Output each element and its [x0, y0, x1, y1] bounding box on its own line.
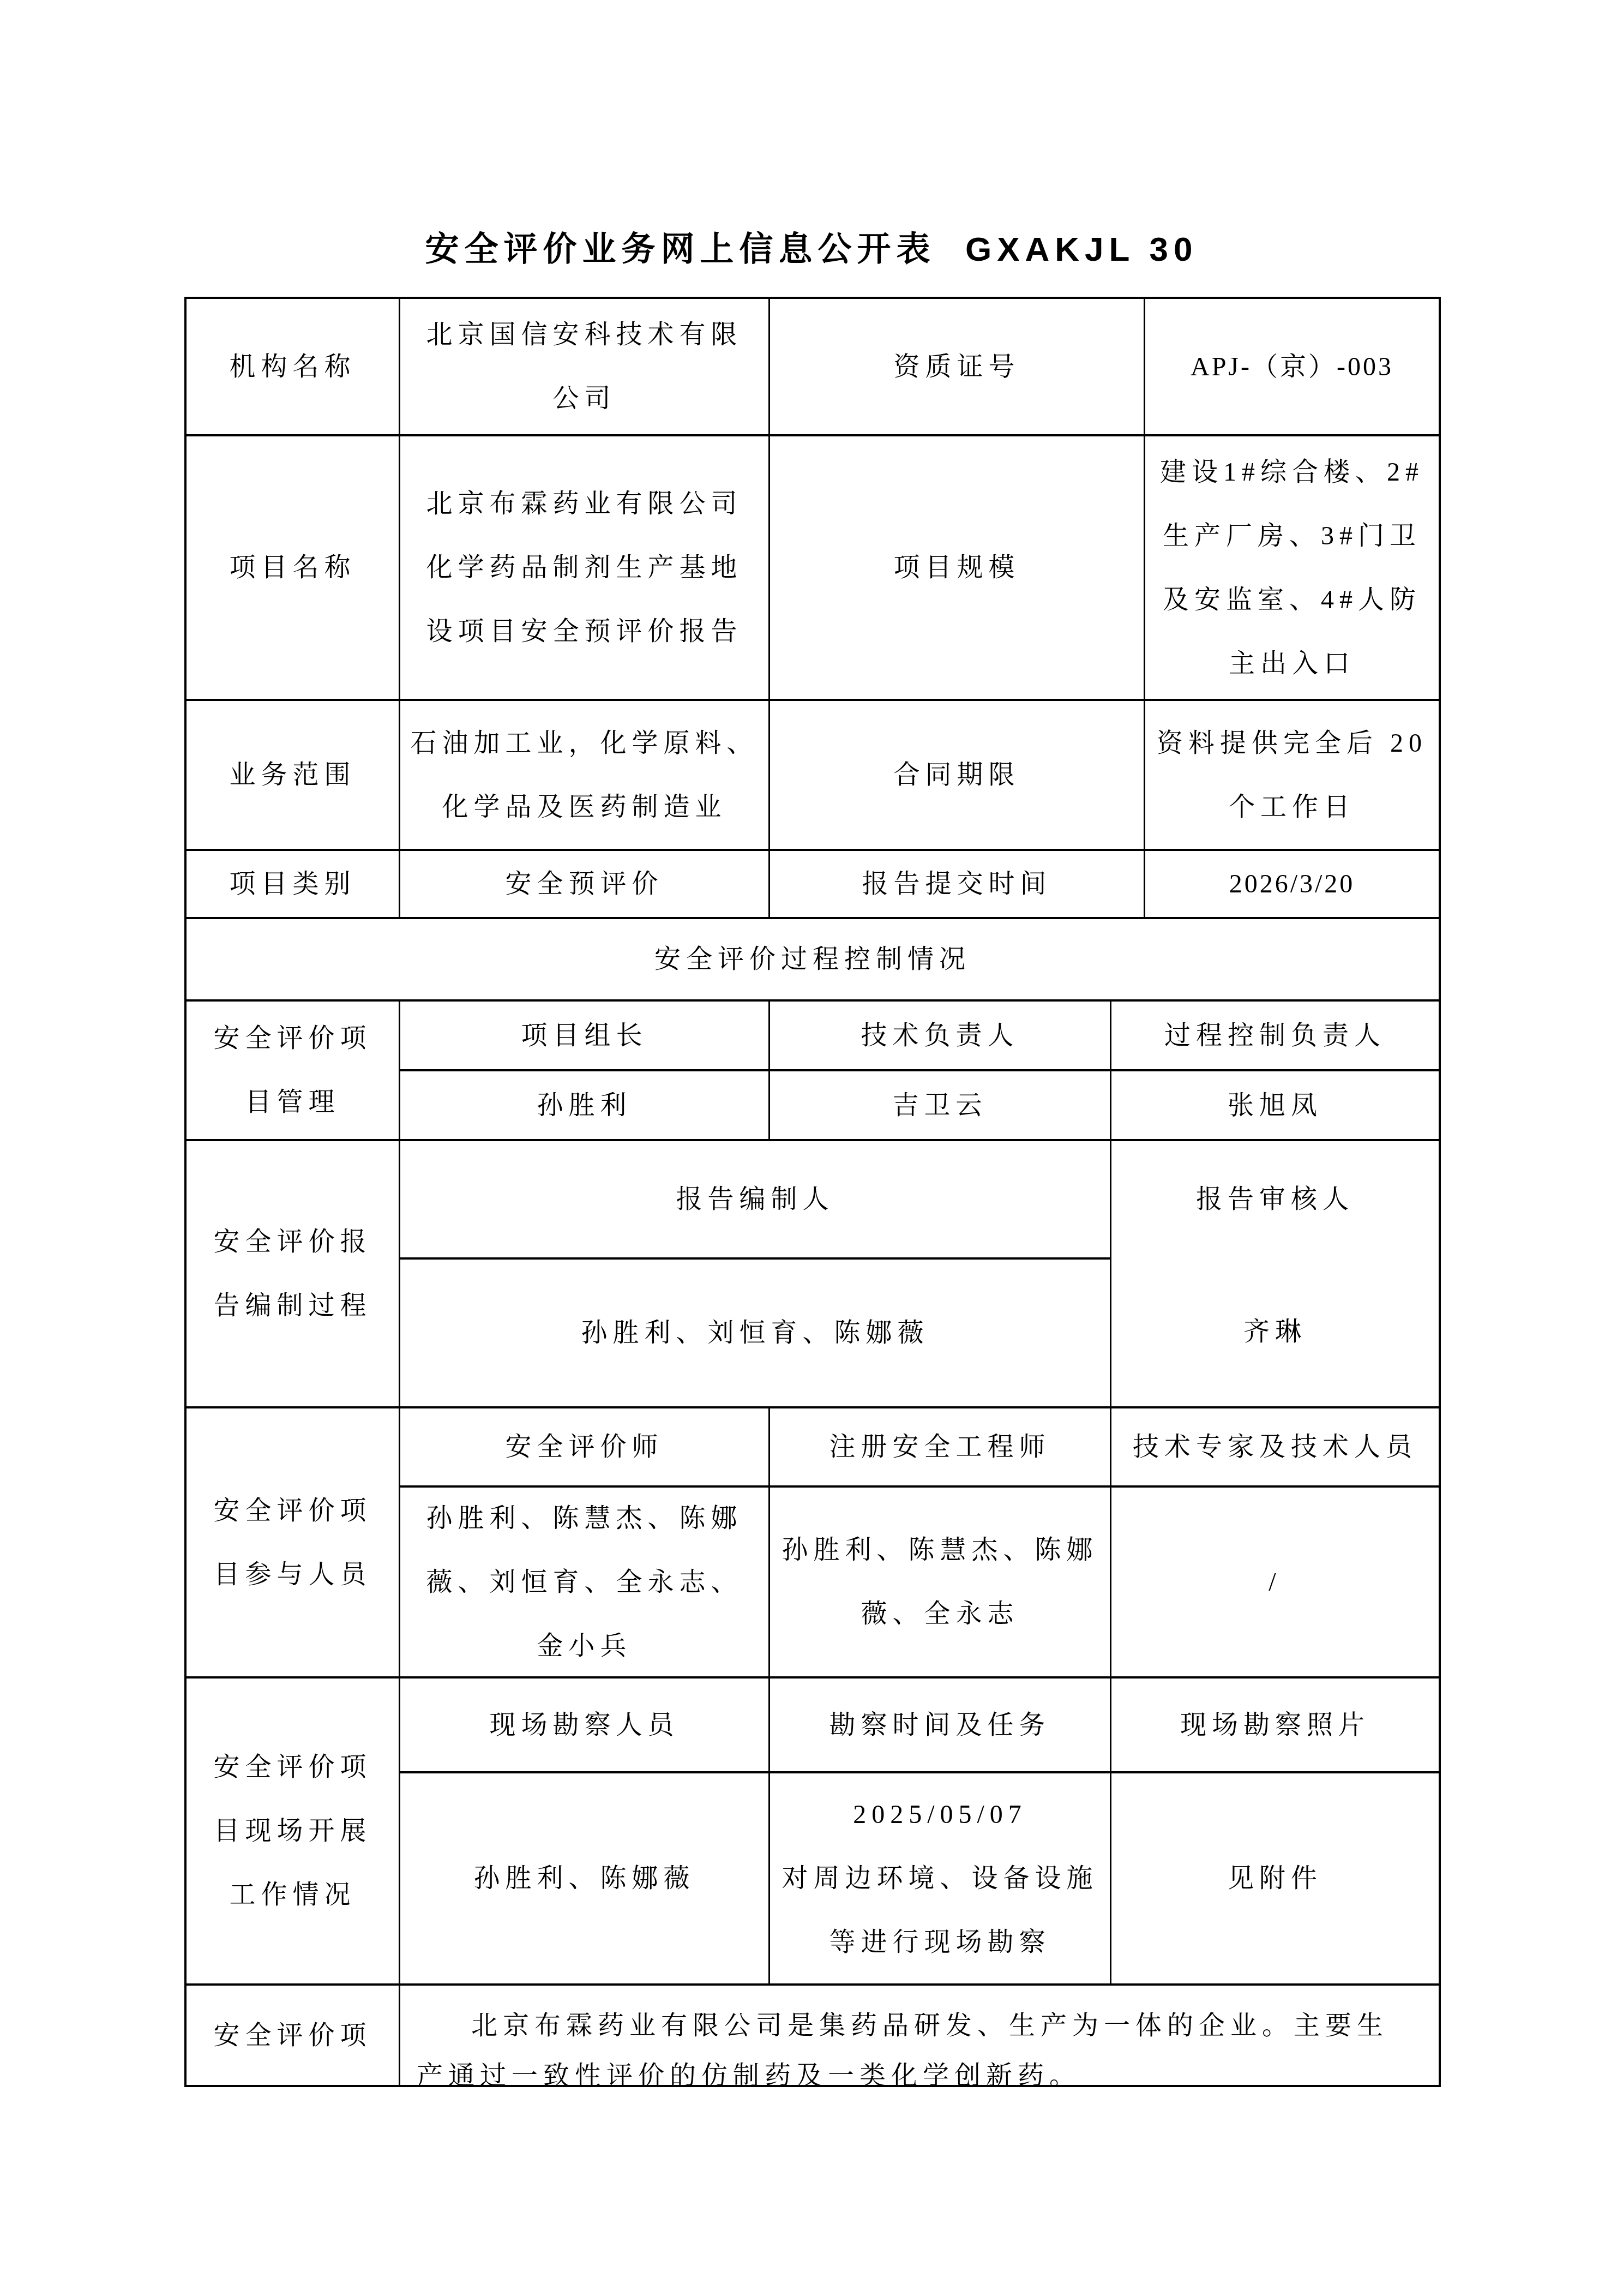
project-category-value: 安全预评价	[400, 851, 770, 919]
project-scale-label: 项目规模	[770, 436, 1145, 701]
report-reviewer-label: 报告审核人	[1111, 1141, 1439, 1257]
intro-section-label: 安全评价项	[187, 1986, 400, 2085]
compilation-section-label: 安全评价报 告编制过程	[187, 1141, 400, 1408]
report-submit-label: 报告提交时间	[770, 851, 1145, 919]
document-page: 安全评价业务网上信息公开表 GXAKJL 30 机构名称 北京国信安科技术有限 …	[0, 0, 1623, 2296]
team-leader-label: 项目组长	[400, 1002, 770, 1071]
project-scale-value: 建设1#综合楼、2# 生产厂房、3#门卫 及安监室、4#人防 主出入口	[1145, 436, 1439, 701]
report-writers-value: 孙胜利、刘恒育、陈娜薇	[400, 1260, 1111, 1408]
project-category-label: 项目类别	[187, 851, 400, 919]
intro-text: 北京布霖药业有限公司是集药品研发、生产为一体的企业。主要生 产通过一致性评价的仿…	[400, 1986, 1439, 2085]
tech-lead-value: 吉卫云	[770, 1071, 1111, 1141]
report-reviewer-value: 齐琳	[1111, 1257, 1439, 1406]
site-work-section-label: 安全评价项 目现场开展 工作情况	[187, 1678, 400, 1986]
management-section-label: 安全评价项 目管理	[187, 1002, 400, 1141]
project-name-value: 北京布霖药业有限公司 化学药品制剂生产基地 设项目安全预评价报告	[400, 436, 770, 701]
contract-term-value: 资料提供完全后 20 个工作日	[1145, 701, 1439, 851]
site-survey-person-label: 现场勘察人员	[400, 1678, 770, 1773]
process-control-section-header: 安全评价过程控制情况	[187, 919, 1439, 1002]
site-photo-label: 现场勘察照片	[1111, 1678, 1439, 1773]
cert-number-value: APJ-（京）-003	[1145, 299, 1439, 436]
project-name-label: 项目名称	[187, 436, 400, 701]
survey-time-task-label: 勘察时间及任务	[770, 1678, 1111, 1773]
report-submit-value: 2026/3/20	[1145, 851, 1439, 919]
process-control-lead-label: 过程控制负责人	[1111, 1002, 1439, 1071]
assessor-names: 孙胜利、陈慧杰、陈娜 薇、刘恒育、全永志、 金小兵	[400, 1488, 770, 1678]
site-survey-person-value: 孙胜利、陈娜薇	[400, 1773, 770, 1986]
process-control-lead-value: 张旭凤	[1111, 1071, 1439, 1141]
page-title: 安全评价业务网上信息公开表 GXAKJL 30	[0, 217, 1623, 283]
assessor-label: 安全评价师	[400, 1408, 770, 1488]
registered-engineer-label: 注册安全工程师	[770, 1408, 1111, 1488]
cert-number-label: 资质证号	[770, 299, 1145, 436]
org-name-value: 北京国信安科技术有限 公司	[400, 299, 770, 436]
org-name-label: 机构名称	[187, 299, 400, 436]
registered-engineer-names: 孙胜利、陈慧杰、陈娜 薇、全永志	[770, 1488, 1111, 1678]
team-leader-value: 孙胜利	[400, 1071, 770, 1141]
business-scope-label: 业务范围	[187, 701, 400, 851]
report-writer-label: 报告编制人	[400, 1141, 1111, 1260]
tech-expert-label: 技术专家及技术人员	[1111, 1408, 1439, 1488]
tech-expert-names: /	[1111, 1488, 1439, 1678]
tech-lead-label: 技术负责人	[770, 1002, 1111, 1071]
contract-term-label: 合同期限	[770, 701, 1145, 851]
site-photo-value: 见附件	[1111, 1773, 1439, 1986]
report-reviewer-cell: 报告审核人 齐琳	[1111, 1141, 1439, 1408]
business-scope-value: 石油加工业，化学原料、 化学品及医药制造业	[400, 701, 770, 851]
disclosure-table: 机构名称 北京国信安科技术有限 公司 资质证号 APJ-（京）-003 项目名称…	[184, 297, 1441, 2087]
survey-time-task-value: 2025/05/07 对周边环境、设备设施 等进行现场勘察	[770, 1773, 1111, 1986]
participants-section-label: 安全评价项 目参与人员	[187, 1408, 400, 1678]
